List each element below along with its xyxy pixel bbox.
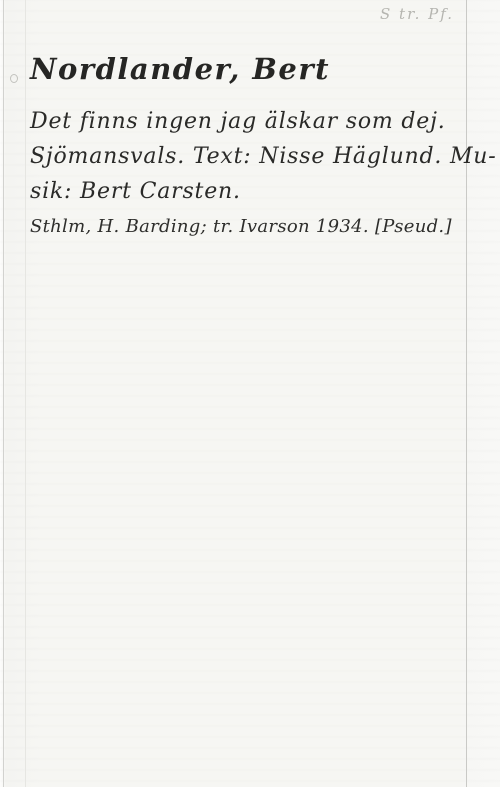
genre-credits-line-1: Sjömansvals. Text: Nisse Häglund. Mu-	[30, 139, 470, 174]
card-heading-author: Nordlander, Bert	[30, 52, 330, 86]
left-rule-line	[25, 0, 26, 787]
genre-credits-line-2: sik: Bert Carsten.	[30, 174, 470, 209]
song-title-line: Det finns ingen jag älskar som dej.	[30, 104, 470, 139]
imprint-line: Sthlm, H. Barding; tr. Ivarson 1934. [Ps…	[30, 213, 470, 241]
punch-hole-mark	[10, 74, 18, 83]
shelfmark-pencil-note: S tr. Pf.	[380, 5, 460, 23]
scan-edge-line	[3, 0, 4, 787]
card-body: Det finns ingen jag älskar som dej. Sjöm…	[30, 104, 470, 241]
catalog-card-scan: S tr. Pf. Nordlander, Bert Det finns ing…	[0, 0, 500, 787]
